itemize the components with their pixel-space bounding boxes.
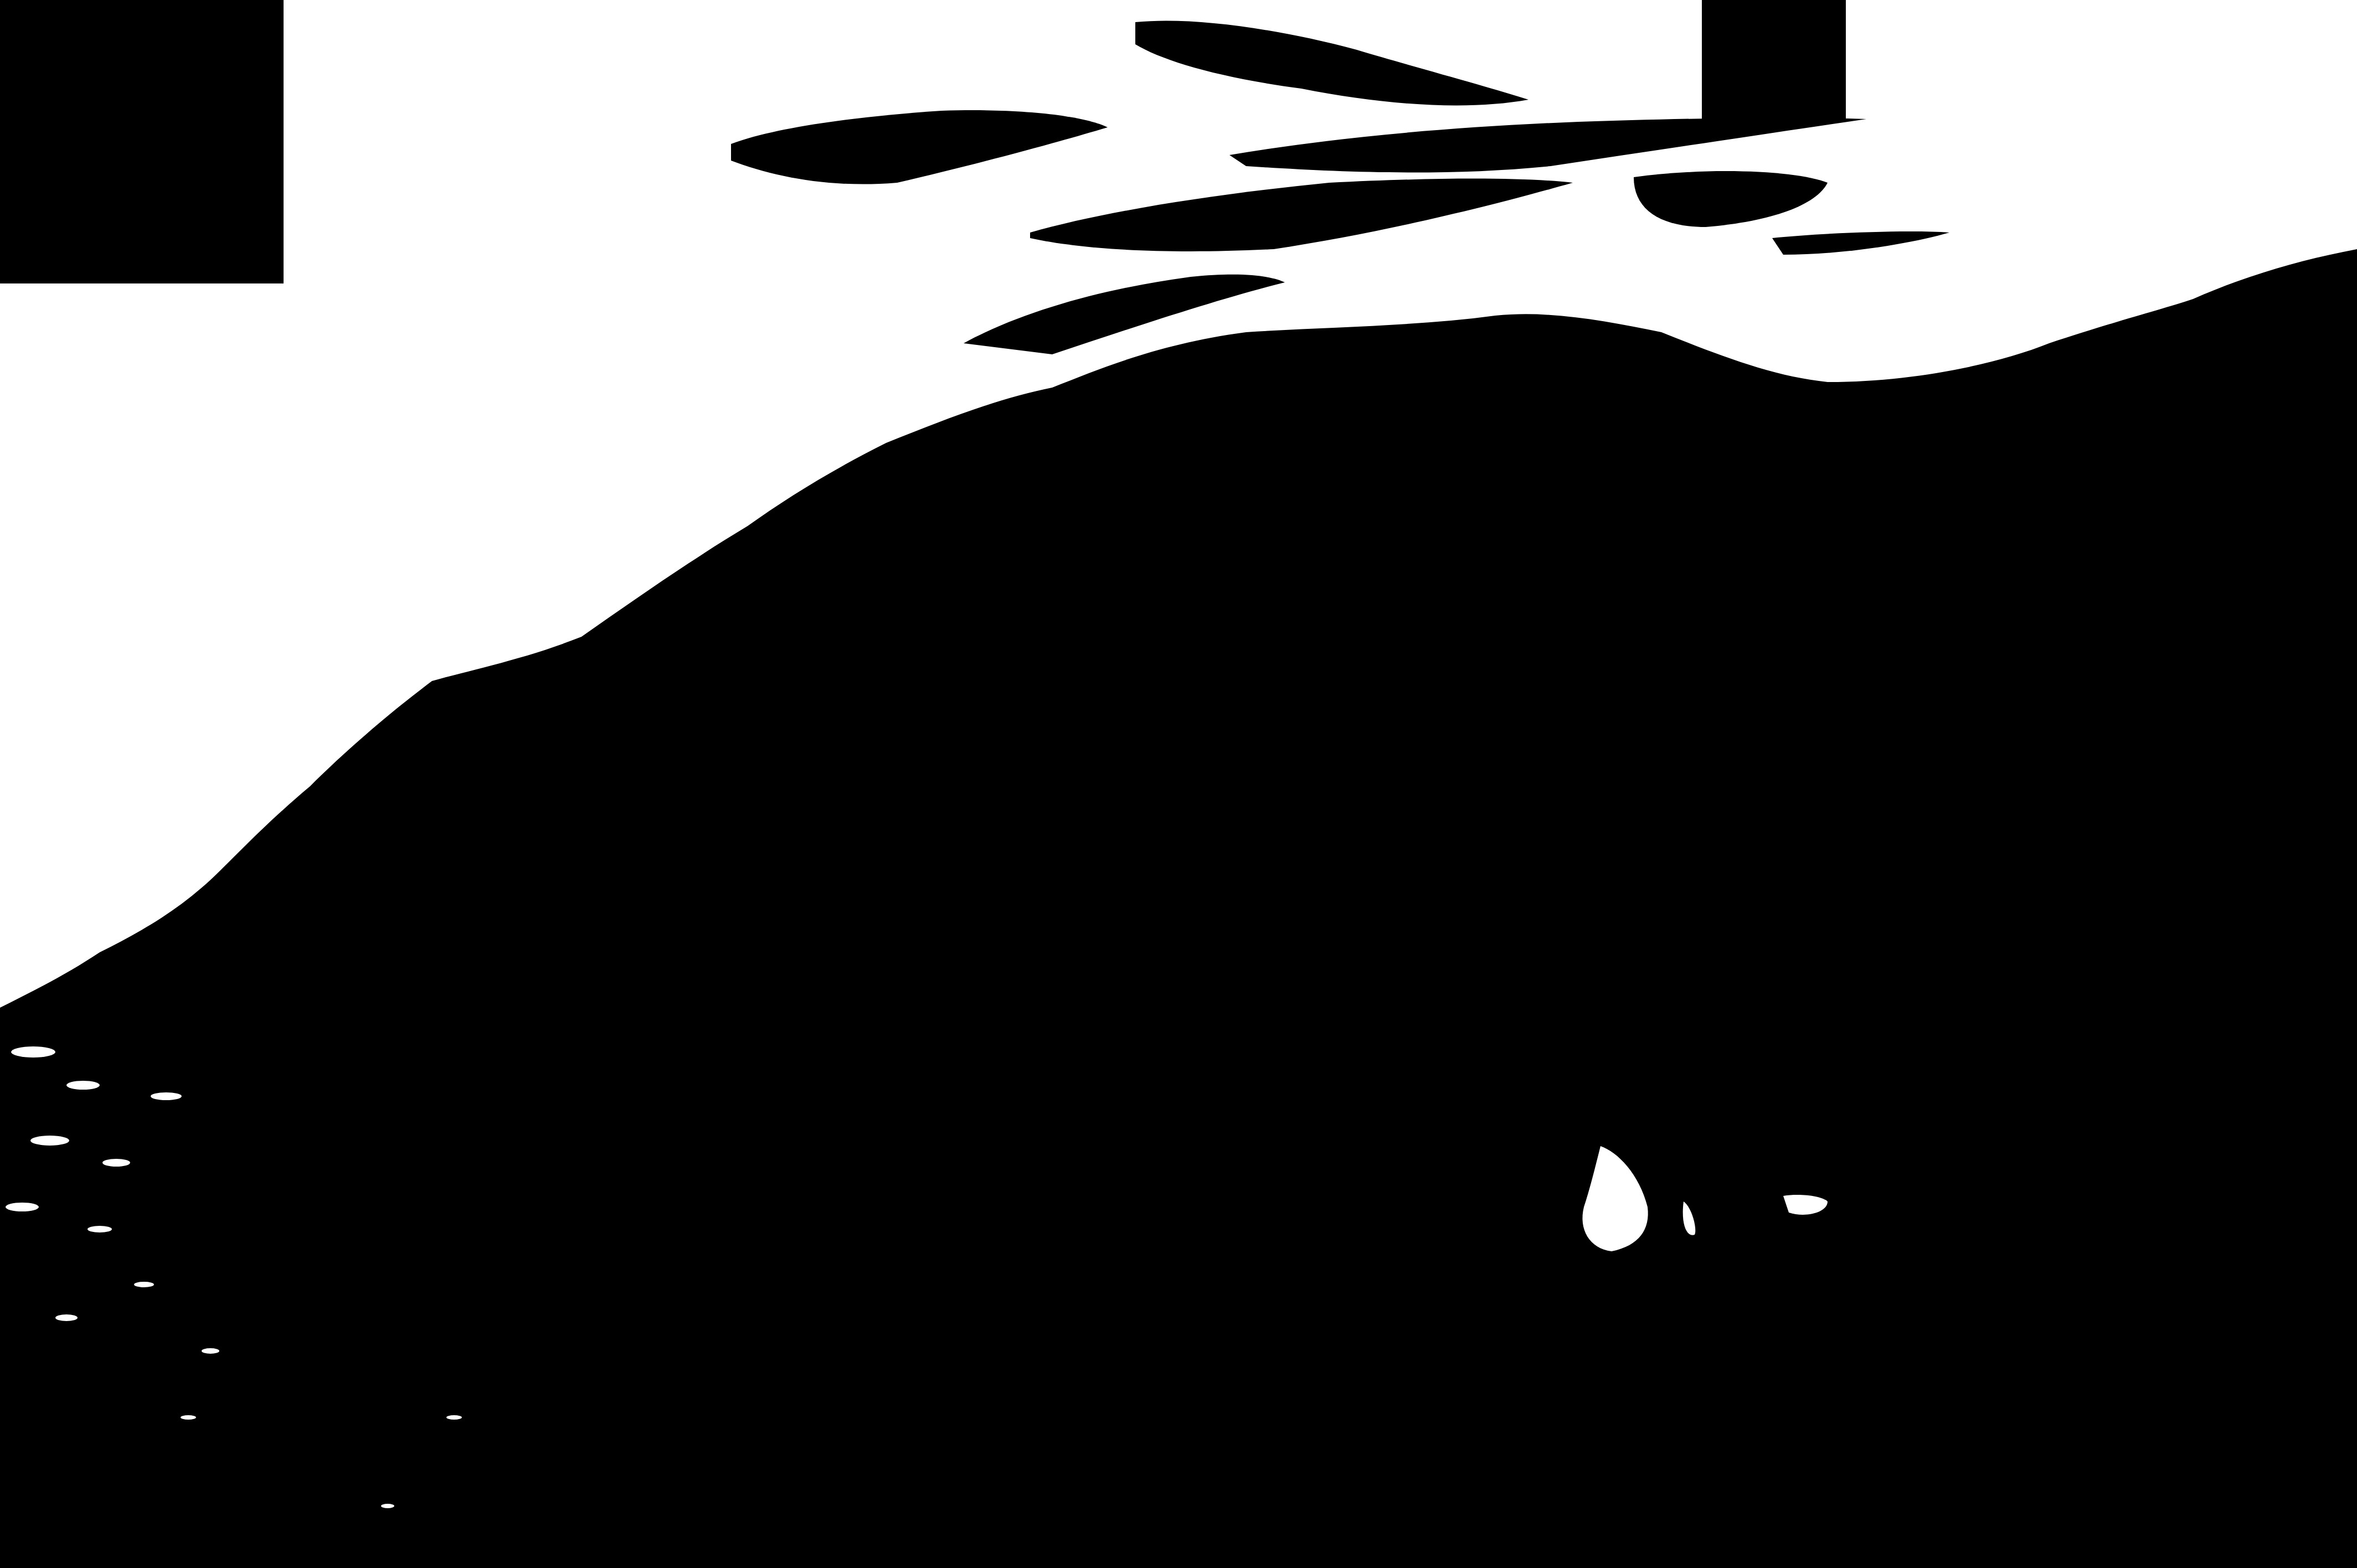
top-left-mask [0, 0, 284, 283]
top-right-mask [1702, 0, 1846, 119]
binarized-photo [0, 0, 2357, 1568]
